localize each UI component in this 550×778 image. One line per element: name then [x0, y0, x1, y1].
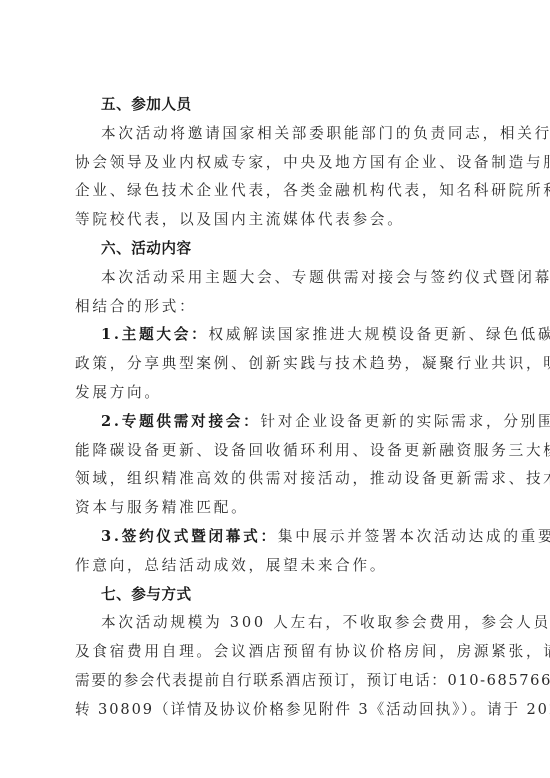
paragraph-line: 发展方向。 [75, 379, 477, 408]
page-content: 五、参加人员 本次活动将邀请国家相关部委职能部门的负责同志，相关行业 协会领导及… [75, 91, 477, 725]
list-item-text: 集中展示并签署本次活动达成的重要合 [278, 528, 550, 545]
list-item-text: 针对企业设备更新的实际需求，分别围绕节 [261, 413, 550, 430]
document-page: 五、参加人员 本次活动将邀请国家相关部委职能部门的负责同志，相关行业 协会领导及… [0, 0, 550, 778]
paragraph-line: 本次活动将邀请国家相关部委职能部门的负责同志，相关行业 [75, 120, 477, 149]
list-item-matchmaking: 2.专题供需对接会：针对企业设备更新的实际需求，分别围绕节 [75, 408, 477, 437]
paragraph-line: 企业、绿色技术企业代表，各类金融机构代表，知名科研院所和高 [75, 177, 477, 206]
paragraph-line: 政策，分享典型案例、创新实践与技术趋势，凝聚行业共识，明确 [75, 350, 477, 379]
list-item-lead: 1.主题大会： [101, 326, 208, 343]
paragraph-line: 本次活动采用主题大会、专题供需对接会与签约仪式暨闭幕式 [75, 264, 477, 293]
list-item-lead: 2.专题供需对接会： [101, 413, 261, 430]
paragraph-line: 需要的参会代表提前自行联系酒店预订，预订电话：010-68576699 [75, 667, 477, 696]
paragraph-line: 及食宿费用自理。会议酒店预留有协议价格房间，房源紧张，请有 [75, 638, 477, 667]
list-item-signing-ceremony: 3.签约仪式暨闭幕式：集中展示并签署本次活动达成的重要合 [75, 523, 477, 552]
list-item-lead: 3.签约仪式暨闭幕式： [101, 528, 278, 545]
section-heading-participants: 五、参加人员 [75, 91, 477, 120]
paragraph-line: 本次活动规模为 300 人左右，不收取参会费用，参会人员交通 [75, 609, 477, 638]
page-number: 3 [270, 706, 280, 716]
paragraph-line: 等院校代表，以及国内主流媒体代表参会。 [75, 206, 477, 235]
paragraph-line: 相结合的形式： [75, 293, 477, 322]
paragraph-line: 领域，组织精准高效的供需对接活动，推动设备更新需求、技术、 [75, 465, 477, 494]
list-item-keynote: 1.主题大会：权威解读国家推进大规模设备更新、绿色低碳最新 [75, 321, 477, 350]
paragraph-line: 能降碳设备更新、设备回收循环利用、设备更新融资服务三大核心 [75, 437, 477, 466]
paragraph-line: 协会领导及业内权威专家，中央及地方国有企业、设备制造与服务 [75, 149, 477, 178]
section-heading-participation: 七、参与方式 [75, 581, 477, 610]
paragraph-line: 资本与服务精准匹配。 [75, 494, 477, 523]
list-item-text: 权威解读国家推进大规模设备更新、绿色低碳最新 [208, 326, 550, 343]
paragraph-line: 作意向，总结活动成效，展望未来合作。 [75, 552, 477, 581]
section-heading-activity-content: 六、活动内容 [75, 235, 477, 264]
